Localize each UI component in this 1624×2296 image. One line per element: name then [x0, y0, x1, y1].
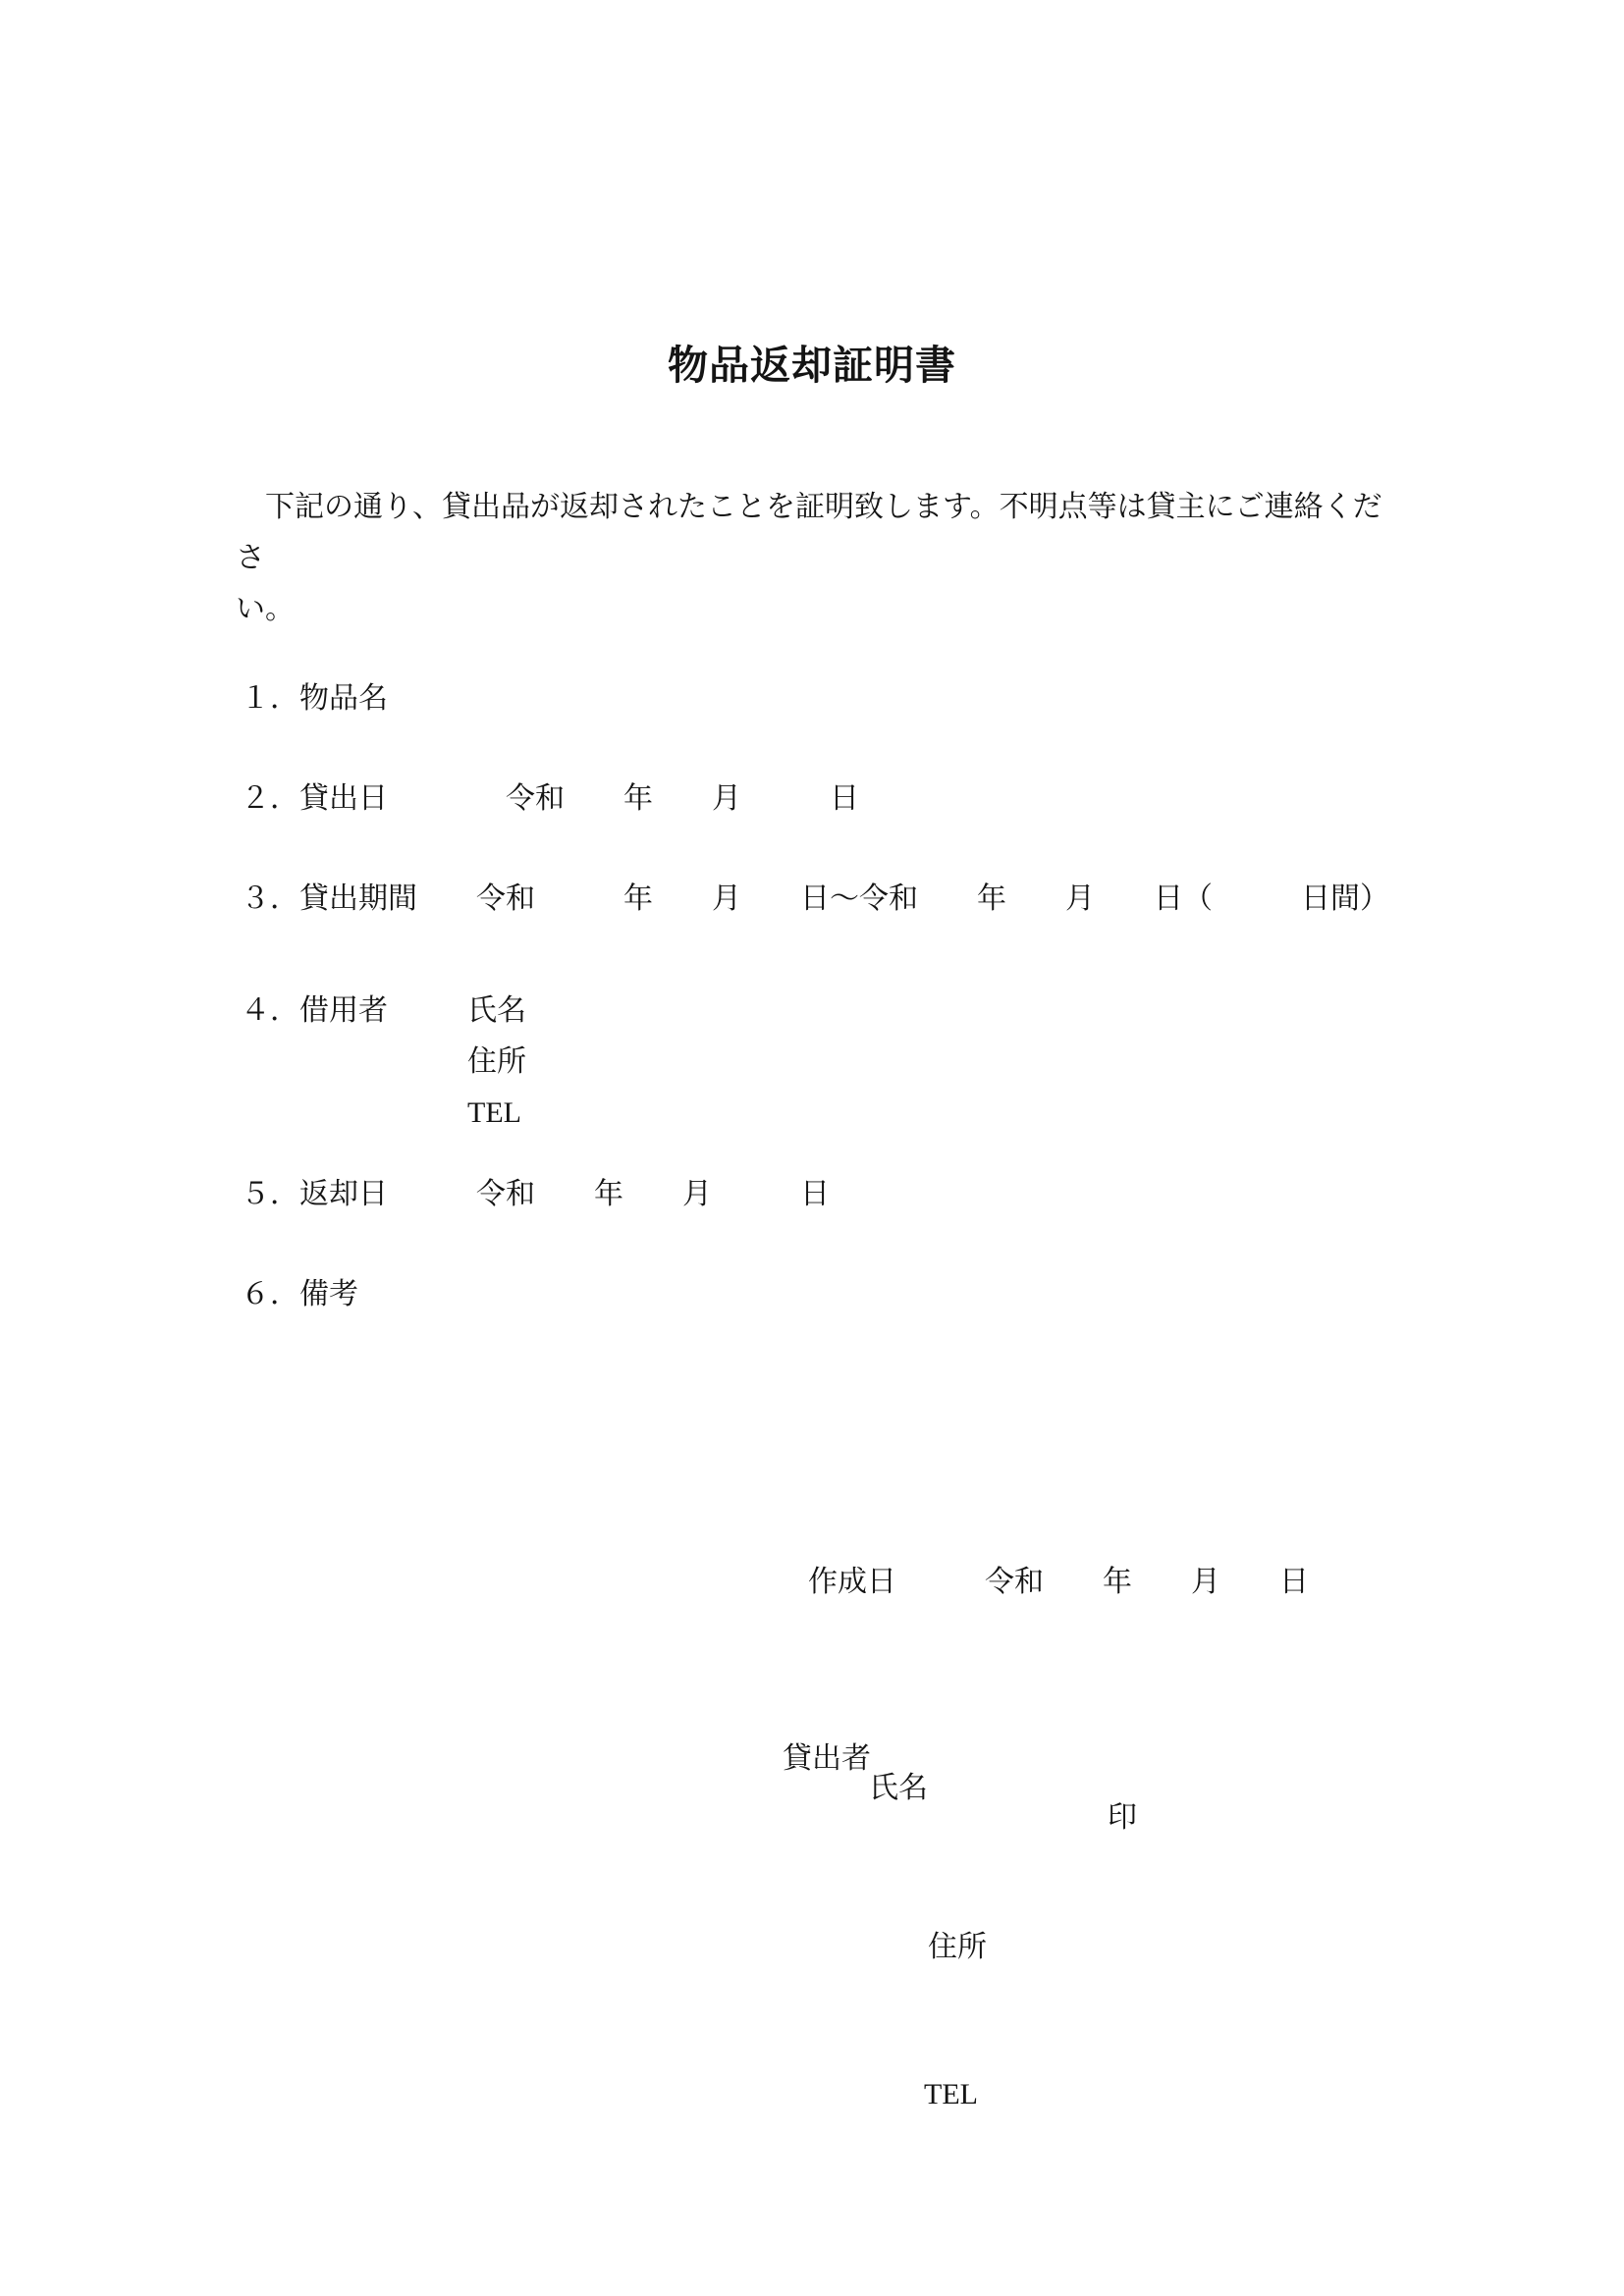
intro-paragraph: 下記の通り、貸出品が返却されたことを証明致します。不明点等は貸主にご連絡くださ …: [236, 482, 1403, 635]
item-4-borrower-label: ４．借用者: [241, 986, 388, 1037]
item-1-item-name: １．物品名: [241, 684, 1624, 714]
lender-label: 貸出者: [783, 1744, 871, 1774]
intro-line-2: い。: [236, 584, 1403, 635]
document-title: 物品返却証明書: [0, 346, 1624, 386]
item-5-return-date: ５．返却日 令和 年 月 日: [241, 1180, 1624, 1209]
borrower-fields: 氏名 住所 TEL: [467, 986, 526, 1139]
item-6-remarks: ６．備考: [241, 1280, 1624, 1309]
borrower-tel-label: TEL: [467, 1088, 526, 1139]
borrower-address-label: 住所: [467, 1037, 526, 1088]
intro-line-1: 下記の通り、貸出品が返却されたことを証明致します。不明点等は貸主にご連絡くださ: [236, 482, 1403, 584]
seal-label: 印: [1108, 1803, 1137, 1833]
form-items: １．物品名 ２．貸出日 令和 年 月 日 ３．貸出期間 令和 年 月 日～令和 …: [241, 684, 1624, 1309]
document-page: 物品返却証明書 下記の通り、貸出品が返却されたことを証明致します。不明点等は貸主…: [0, 0, 1624, 2296]
lender-name-label: 氏名: [869, 1774, 928, 1803]
lender-tel-label: TEL: [924, 2080, 1624, 2109]
item-3-lend-period: ３．貸出期間 令和 年 月 日～令和 年 月 日（ 日間）: [241, 884, 1624, 914]
item-2-lend-date: ２．貸出日 令和 年 月 日: [241, 784, 1624, 814]
item-4-borrower: ４．借用者 氏名 住所 TEL: [241, 986, 1624, 1139]
lender-address-label: 住所: [928, 1933, 1624, 1962]
borrower-name-label: 氏名: [467, 986, 526, 1037]
lender-line: 貸出者 氏名 印: [753, 1715, 1624, 1862]
creation-date-line: 作成日 令和 年 月 日: [808, 1568, 1624, 1597]
